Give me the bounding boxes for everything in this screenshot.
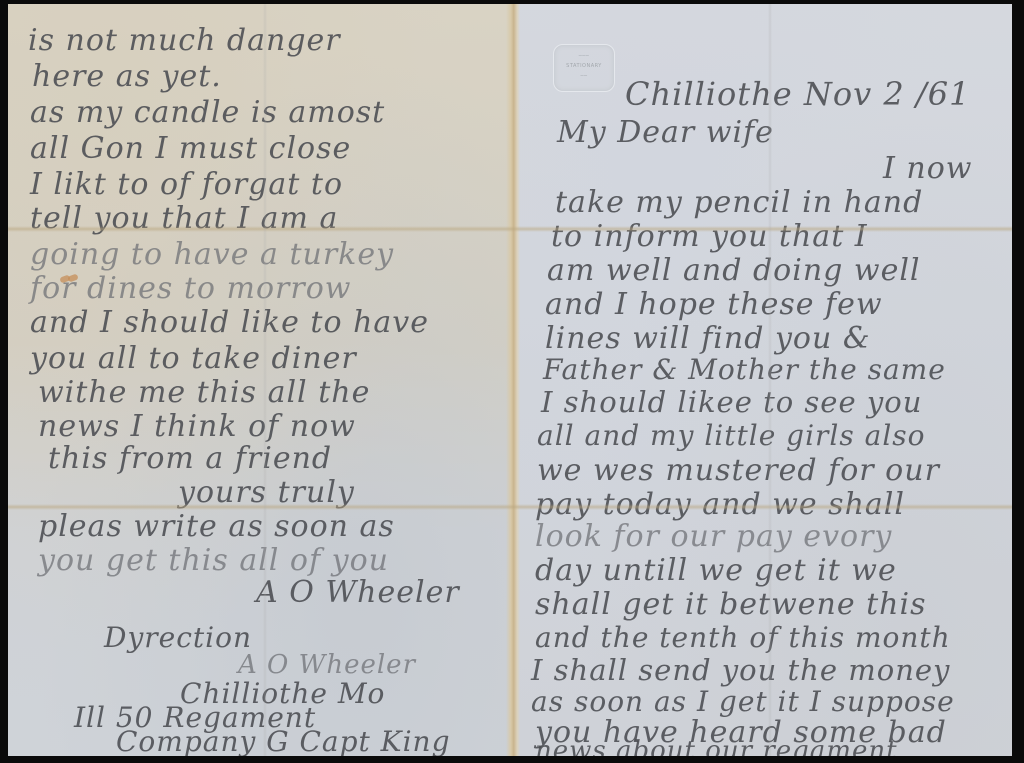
letter-line: I should likee to see you (541, 388, 922, 417)
letter-line: as soon as I get it I suppose (531, 688, 955, 716)
letter-line: you get this all of you (38, 546, 389, 576)
right-page: Chilliothe Nov 2 /61 My Dear wife I now … (513, 4, 1012, 756)
letter-line: as my candle is amost (30, 98, 385, 128)
letter-line: you all to take diner (30, 344, 357, 374)
letter-line: shall get it betwene this (535, 590, 927, 620)
letter-line: Father & Mother the same (543, 356, 946, 384)
direction-heading: Dyrection (104, 624, 252, 652)
letter-line: lines will find you & (545, 324, 871, 354)
letter-line: going to have a turkey (30, 240, 394, 270)
letter-line: here as yet. (32, 62, 222, 92)
letter-line: news I think of now (38, 412, 356, 442)
direction-company: Company G Capt King (116, 728, 451, 756)
letter-line: and the tenth of this month (535, 624, 951, 652)
letter-scan: is not much danger here as yet. as my ca… (8, 4, 1012, 756)
stationery-emboss-stamp: ─── STATIONARY ── (553, 44, 615, 92)
letter-line: we wes mustered for our (537, 456, 940, 486)
letter-line: this from a friend (48, 444, 332, 474)
letter-line: look for our pay evory (535, 522, 892, 552)
letter-line: day untill we get it we (535, 556, 897, 586)
letter-line: all and my little girls also (537, 422, 926, 450)
vertical-fold-line (768, 4, 772, 756)
letter-line: am well and doing well (547, 256, 921, 286)
letter-line: withe me this all the (38, 378, 370, 408)
horizontal-fold-line (8, 226, 1012, 232)
letter-line: I now (883, 154, 972, 184)
letter-line: pleas write as soon as (38, 512, 395, 542)
signature: A O Wheeler (256, 578, 460, 608)
letter-line: and I hope these few (545, 290, 883, 320)
letter-line: I shall send you the money (531, 656, 950, 685)
salutation: My Dear wife (557, 118, 774, 148)
letter-line: all Gon I must close (30, 134, 351, 164)
letter-line: is not much danger (28, 26, 341, 56)
dateline: Chilliothe Nov 2 /61 (625, 78, 970, 110)
left-page: is not much danger here as yet. as my ca… (8, 4, 513, 756)
horizontal-fold-line (8, 504, 1012, 510)
letter-line: I likt to of forgat to (30, 170, 343, 200)
letter-line: and I should like to have (30, 308, 429, 338)
letter-line: take my pencil in hand (555, 188, 923, 218)
vertical-fold-line (263, 4, 267, 756)
letter-line: news about our regament (535, 738, 898, 756)
emboss-text: STATIONARY (554, 61, 614, 71)
page-gutter-crease (506, 4, 520, 756)
letter-line: for dines to morrow (30, 274, 351, 304)
